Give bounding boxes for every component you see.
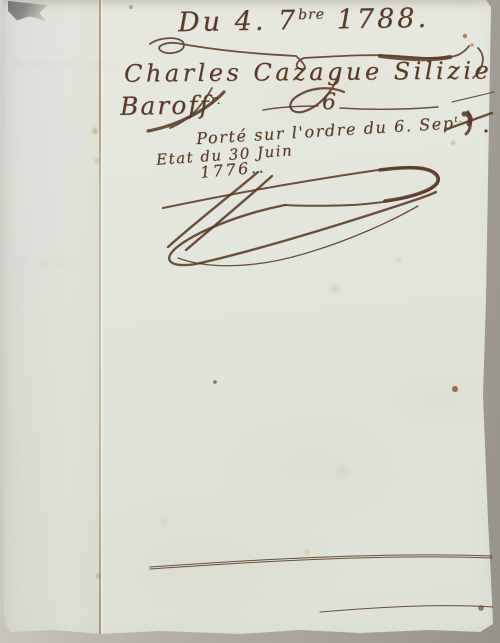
wrinkle-line-2 [150, 557, 492, 569]
date-underline-flourish [150, 38, 469, 69]
ditto-line-edge [452, 92, 494, 102]
paraph-sweep [163, 168, 439, 208]
wrinkle-line-3 [320, 606, 493, 612]
note-terminal-dot [484, 129, 487, 132]
paraph-diagonal-2 [186, 176, 272, 250]
baroff-descender-1 [148, 92, 224, 131]
name-end-flourish [473, 48, 483, 78]
paraph-diagonal-1 [168, 172, 258, 247]
ink-flourishes [0, 0, 500, 643]
photo-backdrop: mmnnm nmm nn mmn Du 4. 7bre 1788. Charle… [0, 0, 500, 643]
ditto-line-right [340, 107, 438, 109]
